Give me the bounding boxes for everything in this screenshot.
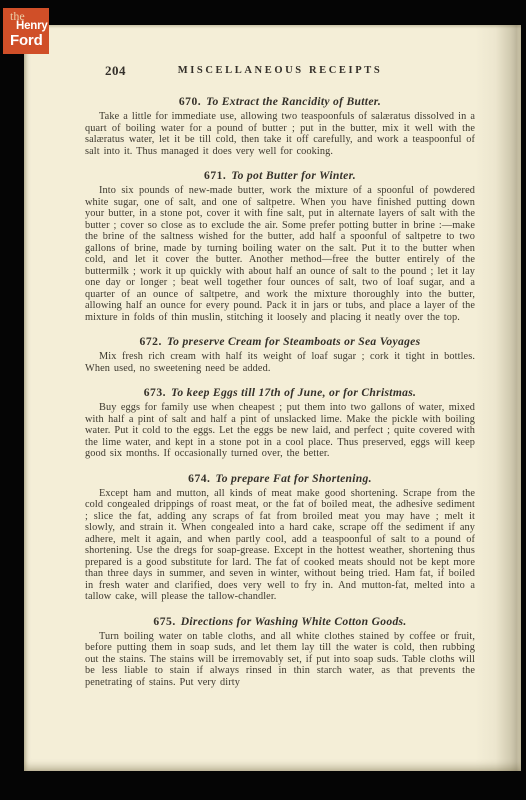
page-content: 204 MISCELLANEOUS RECEIPTS 670.To Extrac… [85,63,475,688]
section-title: To keep Eggs till 17th of June, or for C… [171,386,416,399]
section-body: Buy eggs for family use when cheapest ; … [85,402,475,460]
section-title: Directions for Washing White Cotton Good… [181,615,407,628]
section-heading: 672.To preserve Cream for Steamboats or … [85,335,475,348]
recipe-section-673: 673.To keep Eggs till 17th of June, or f… [85,386,475,460]
section-heading: 673.To keep Eggs till 17th of June, or f… [85,386,475,399]
logo-word-henry: Henry [16,20,48,32]
henry-ford-logo: the Henry Ford [3,8,49,54]
logo-word-ford: Ford [10,32,43,49]
section-number: 671. [204,169,226,182]
section-title: To preserve Cream for Steamboats or Sea … [167,335,421,348]
recipe-section-671: 671.To pot Butter for Winter. Into six p… [85,169,475,323]
section-heading: 670.To Extract the Rancidity of Butter. [85,95,475,108]
recipe-section-672: 672.To preserve Cream for Steamboats or … [85,335,475,374]
section-body: Turn boiling water on table cloths, and … [85,631,475,689]
recipe-section-675: 675.Directions for Washing White Cotton … [85,615,475,689]
page-number: 204 [105,63,126,79]
section-number: 675. [153,615,175,628]
section-body: Take a little for immediate use, allowin… [85,111,475,157]
section-title: To Extract the Rancidity of Butter. [206,95,381,108]
section-number: 670. [179,95,201,108]
section-number: 672. [140,335,162,348]
recipe-section-670: 670.To Extract the Rancidity of Butter. … [85,95,475,157]
section-heading: 675.Directions for Washing White Cotton … [85,615,475,628]
section-title: To pot Butter for Winter. [231,169,356,182]
section-number: 674. [188,472,210,485]
section-number: 673. [144,386,166,399]
section-heading: 674.To prepare Fat for Shortening. [85,472,475,485]
running-header-title: MISCELLANEOUS RECEIPTS [85,63,475,76]
section-body: Except ham and mutton, all kinds of meat… [85,488,475,603]
section-heading: 671.To pot Butter for Winter. [85,169,475,182]
scan-viewport: 204 MISCELLANEOUS RECEIPTS 670.To Extrac… [0,0,526,800]
recipe-section-674: 674.To prepare Fat for Shortening. Excep… [85,472,475,603]
section-body: Mix fresh rich cream with half its weigh… [85,351,475,374]
section-body: Into six pounds of new-made butter, work… [85,185,475,323]
running-header: 204 MISCELLANEOUS RECEIPTS [85,63,475,79]
book-page: 204 MISCELLANEOUS RECEIPTS 670.To Extrac… [24,25,521,771]
section-title: To prepare Fat for Shortening. [215,472,371,485]
